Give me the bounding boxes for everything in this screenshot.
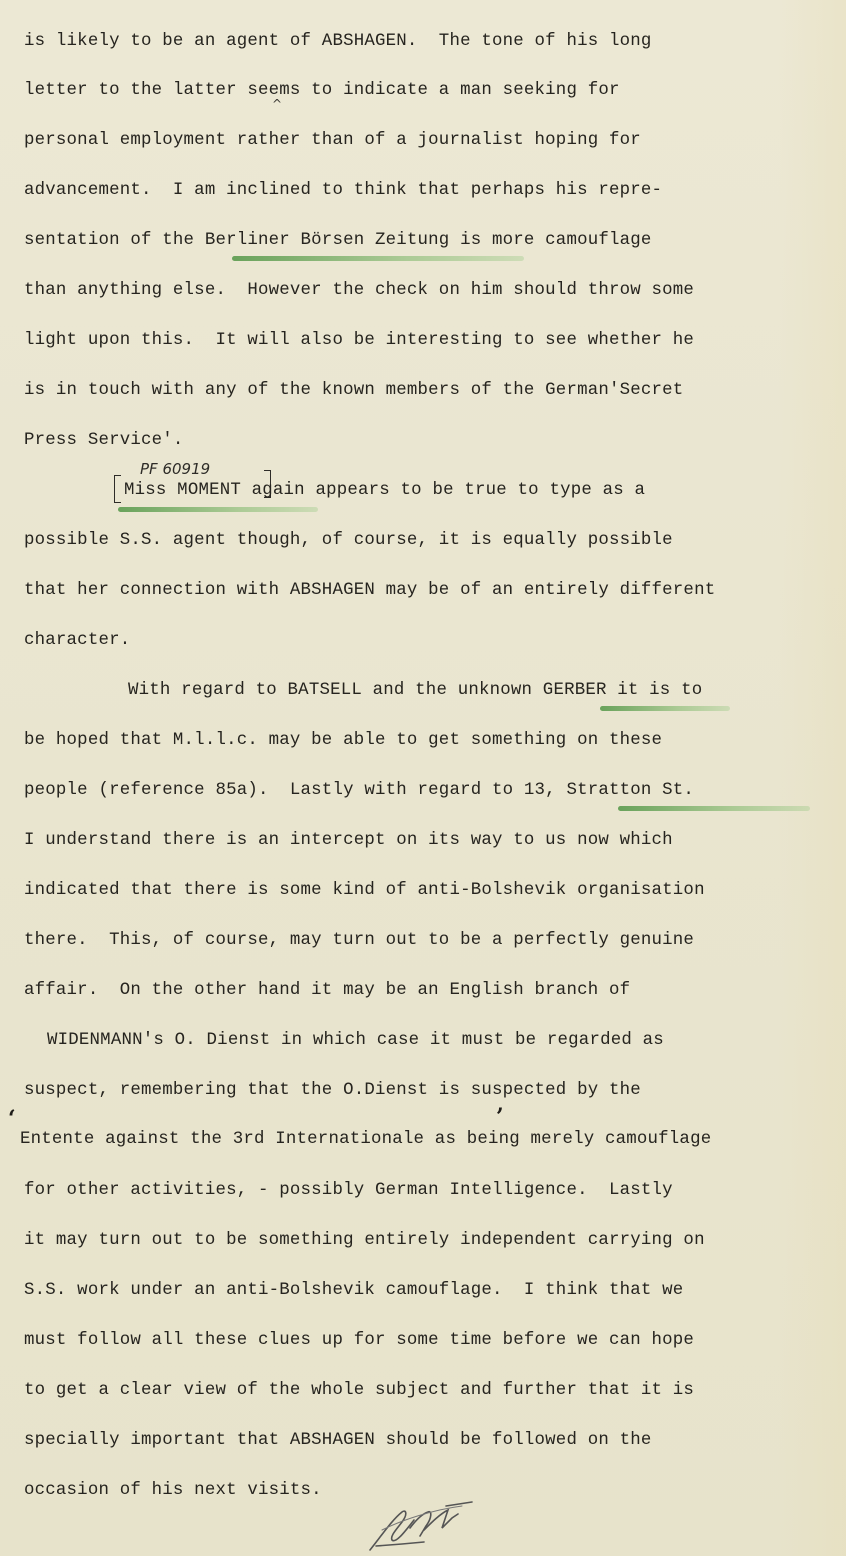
text-line-20: affair. On the other hand it may be an E… bbox=[24, 980, 630, 1002]
text-line-25: it may turn out to be something entirely… bbox=[24, 1230, 705, 1252]
bracket-left-mark bbox=[114, 475, 121, 503]
text-line-15: be hoped that M.l.l.c. may be able to ge… bbox=[24, 730, 662, 752]
text-line-13: character. bbox=[24, 630, 130, 652]
text-line-16: people (reference 85a). Lastly with rega… bbox=[24, 780, 694, 802]
highlight-berliner-borsen-zeitung bbox=[232, 256, 524, 261]
text-line-29: specially important that ABSHAGEN should… bbox=[24, 1430, 652, 1452]
text-line-3: personal employment rather than of a jou… bbox=[24, 130, 641, 152]
text-line-26: S.S. work under an anti-Bolshevik camouf… bbox=[24, 1280, 683, 1302]
text-line-19: there. This, of course, may turn out to … bbox=[24, 930, 694, 952]
highlight-miss-moment bbox=[118, 507, 318, 512]
text-line-10: Miss MOMENT again appears to be true to … bbox=[124, 480, 645, 502]
text-line-5: sentation of the Berliner Börsen Zeitung… bbox=[24, 230, 652, 252]
text-line-23: Entente against the 3rd Internationale a… bbox=[20, 1129, 711, 1151]
text-line-24: for other activities, - possibly German … bbox=[24, 1180, 673, 1202]
text-line-14: With regard to BATSELL and the unknown G… bbox=[128, 680, 702, 702]
highlight-stratton-st bbox=[618, 806, 810, 811]
text-line-18: indicated that there is some kind of ant… bbox=[24, 880, 705, 902]
handwritten-pf-reference: PF 60919 bbox=[140, 460, 210, 478]
text-line-17: I understand there is an intercept on it… bbox=[24, 830, 673, 852]
close-quote-mark: ’ bbox=[496, 1104, 504, 1130]
text-line-27: must follow all these clues up for some … bbox=[24, 1330, 694, 1352]
text-line-9: Press Service'. bbox=[24, 430, 184, 452]
highlight-gerber bbox=[600, 706, 730, 711]
text-line-30: occasion of his next visits. bbox=[24, 1480, 322, 1502]
text-line-11: possible S.S. agent though, of course, i… bbox=[24, 530, 673, 552]
document-page: is likely to be an agent of ABSHAGEN. Th… bbox=[0, 0, 846, 1556]
text-line-8: is in touch with any of the known member… bbox=[24, 380, 683, 402]
open-quote-mark: ‘ bbox=[8, 1106, 16, 1132]
text-line-12: that her connection with ABSHAGEN may be… bbox=[24, 580, 715, 602]
text-line-6: than anything else. However the check on… bbox=[24, 280, 694, 302]
text-line-22: suspect, remembering that the O.Dienst i… bbox=[24, 1080, 641, 1102]
insertion-caret-mark: ^ bbox=[272, 97, 282, 111]
text-line-4: advancement. I am inclined to think that… bbox=[24, 180, 662, 202]
text-line-2: letter to the latter seems to indicate a… bbox=[24, 80, 620, 102]
signature-initials-icon bbox=[362, 1500, 482, 1555]
text-line-7: light upon this. It will also be interes… bbox=[24, 330, 694, 352]
text-line-1: is likely to be an agent of ABSHAGEN. Th… bbox=[24, 31, 652, 53]
text-line-21: WIDENMANN's O. Dienst in which case it m… bbox=[47, 1030, 664, 1052]
text-line-28: to get a clear view of the whole subject… bbox=[24, 1380, 694, 1402]
